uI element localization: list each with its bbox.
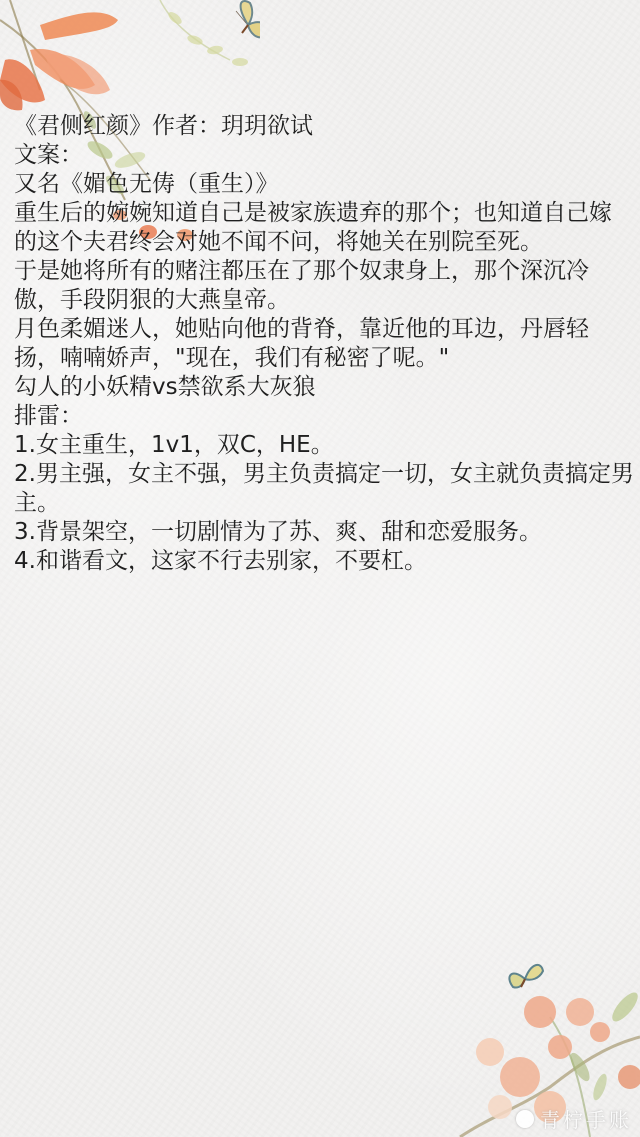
warning-item: 4.和谐看文，这家不行去别家，不要杠。 [14,547,634,576]
warning-item: 1.女主重生，1v1，双C，HE。 [14,431,634,460]
title-line: 《君侧红颜》作者：玥玥欲试 [14,112,634,141]
warnings-label: 排雷： [14,402,634,431]
alternate-title: 又名《媚色无俦（重生）》 [14,170,634,199]
warning-item: 3.背景架空，一切剧情为了苏、爽、甜和恋爱服务。 [14,518,634,547]
blurb-paragraph: 于是她将所有的赌注都压在了那个奴隶身上，那个深沉冷傲，手段阴狠的大燕皇帝。 [14,257,634,315]
watermark: 青柠手账 [516,1104,632,1133]
novel-blurb: 《君侧红颜》作者：玥玥欲试 文案： 又名《媚色无俦（重生）》 重生后的婉婉知道自… [14,112,634,576]
blurb-label: 文案： [14,141,634,170]
warning-item: 2.男主强，女主不强，男主负责搞定一切，女主就负责搞定男主。 [14,460,634,518]
blurb-paragraph: 月色柔媚迷人，她贴向他的背脊，靠近他的耳边，丹唇轻扬，喃喃娇声，"现在，我们有秘… [14,315,634,373]
watermark-logo-icon [516,1110,534,1128]
watermark-text: 青柠手账 [540,1104,632,1133]
blurb-paragraph: 重生后的婉婉知道自己是被家族遗弃的那个；也知道自己嫁的这个夫君终会对她不闻不问，… [14,199,634,257]
tagline: 勾人的小妖精vs禁欲系大灰狼 [14,373,634,402]
